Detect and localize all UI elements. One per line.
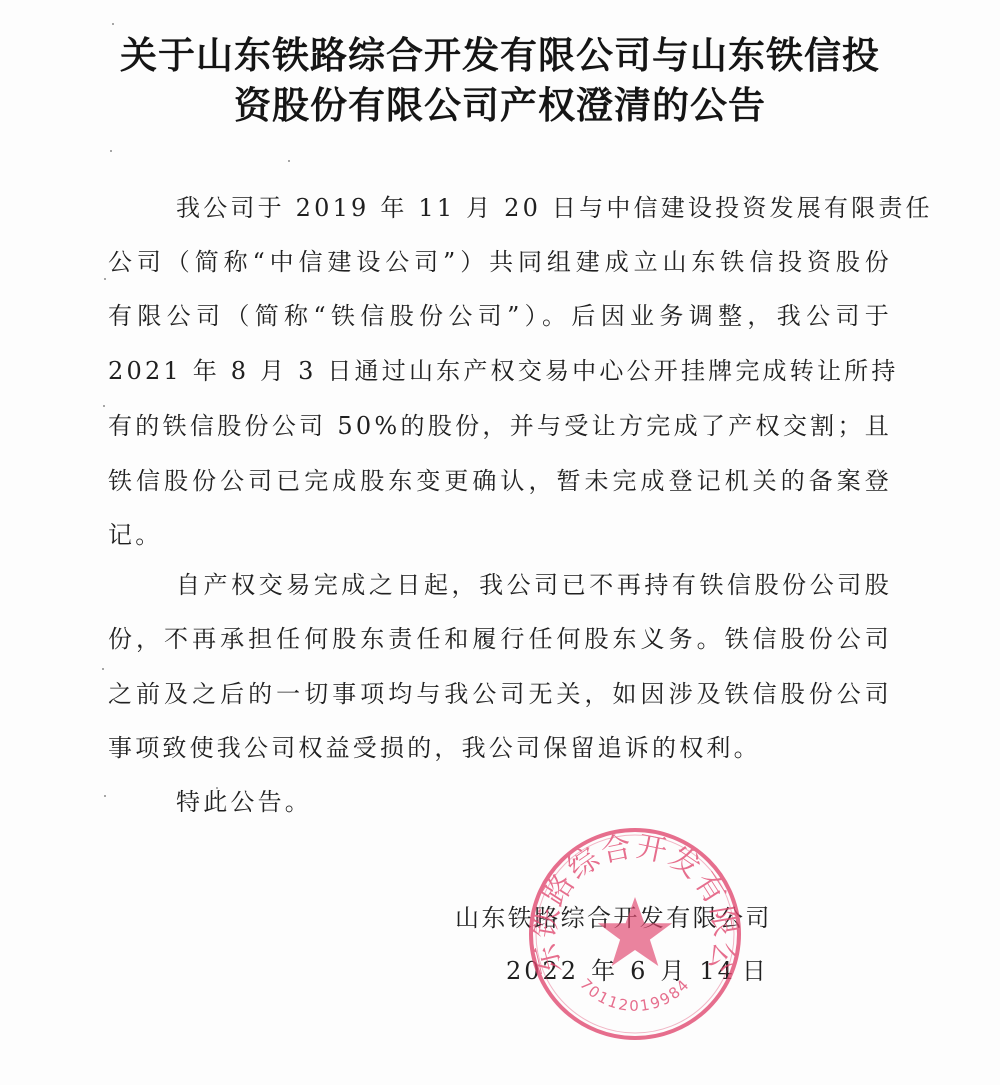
paragraph-2-line: 份，不再承担任何股东责任和履行任何股东义务。铁信股份公司 (108, 622, 892, 656)
paragraph-2-line: 自产权交易完成之日起，我公司已不再持有铁信股份公司股 (176, 568, 892, 602)
date-year: 2022 (506, 957, 579, 985)
scan-speck (104, 278, 106, 280)
announcement-title-line-2: 资股份有限公司产权澄清的公告 (0, 80, 1000, 130)
paragraph-1-line: 公司（简称“中信建设公司”）共同组建成立山东铁信投资股份 (108, 245, 892, 279)
paragraph-2-line: 之前及之后的一切事项均与我公司无关，如因涉及铁信股份公司 (108, 677, 892, 711)
scan-speck (110, 150, 112, 152)
paragraph-1-line: 铁信股份公司已完成股东变更确认，暂未完成登记机关的备案登 (108, 464, 892, 498)
paragraph-1-line: 有的铁信股份公司 50%的股份，并与受让方完成了产权交割；且 (108, 409, 892, 443)
signature-company-name: 山东铁路综合开发有限公司 (455, 898, 772, 933)
scan-speck (103, 405, 105, 407)
signature-date: 2022年6月14日 (506, 951, 775, 986)
date-day: 14 (699, 957, 736, 985)
scan-speck (288, 160, 290, 162)
official-seal-stamp: 山东铁路综合开发有限公司 3701120199843 (526, 825, 744, 1043)
closing-remark: 特此公告。 (176, 782, 312, 817)
scanned-announcement-page: 关于山东铁路综合开发有限公司与山东铁信投 资股份有限公司产权澄清的公告 我公司于… (0, 0, 1000, 1085)
paragraph-1-line: 我公司于 2019 年 11 月 20 日与中信建设投资发展有限责任 (176, 191, 892, 225)
date-month: 6 (630, 957, 648, 985)
scan-speck (102, 668, 104, 670)
paragraph-1-line: 记。 (108, 518, 892, 552)
scan-speck (112, 23, 114, 25)
announcement-title-line-1: 关于山东铁路综合开发有限公司与山东铁信投 (0, 30, 1000, 80)
paragraph-1-line: 2021 年 8 月 3 日通过山东产权交易中心公开挂牌完成转让所持 (108, 354, 892, 388)
date-year-unit: 年 (591, 957, 618, 985)
seal-outer-ring (531, 830, 739, 1038)
paragraph-1-line: 有限公司（简称“铁信股份公司”）。后因业务调整，我公司于 (108, 299, 892, 333)
date-day-unit: 日 (742, 957, 769, 985)
paragraph-2-line: 事项致使我公司权益受损的，我公司保留追诉的权利。 (108, 731, 892, 765)
date-month-unit: 月 (660, 957, 687, 985)
scan-speck (104, 795, 106, 797)
